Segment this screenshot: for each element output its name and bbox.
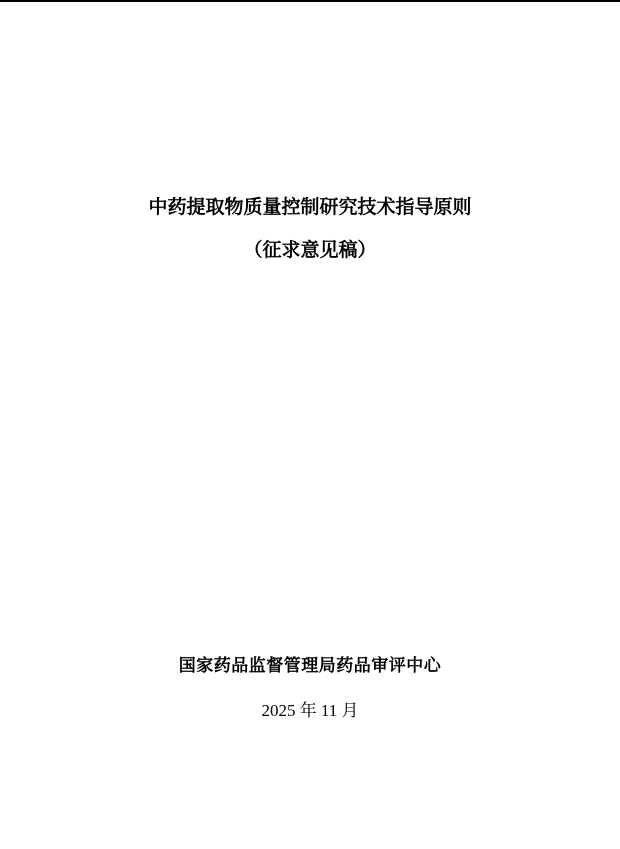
publication-date: 2025 年 11 月 [0,699,620,723]
document-subtitle-draft-label: （征求意见稿） [0,238,620,264]
top-border-rule [0,0,620,2]
document-cover-page: 中药提取物质量控制研究技术指导原则 （征求意见稿） 国家药品监督管理局药品审评中… [0,0,620,849]
publisher-name: 国家药品监督管理局药品审评中心 [0,653,620,678]
document-title: 中药提取物质量控制研究技术指导原则 [0,195,620,221]
